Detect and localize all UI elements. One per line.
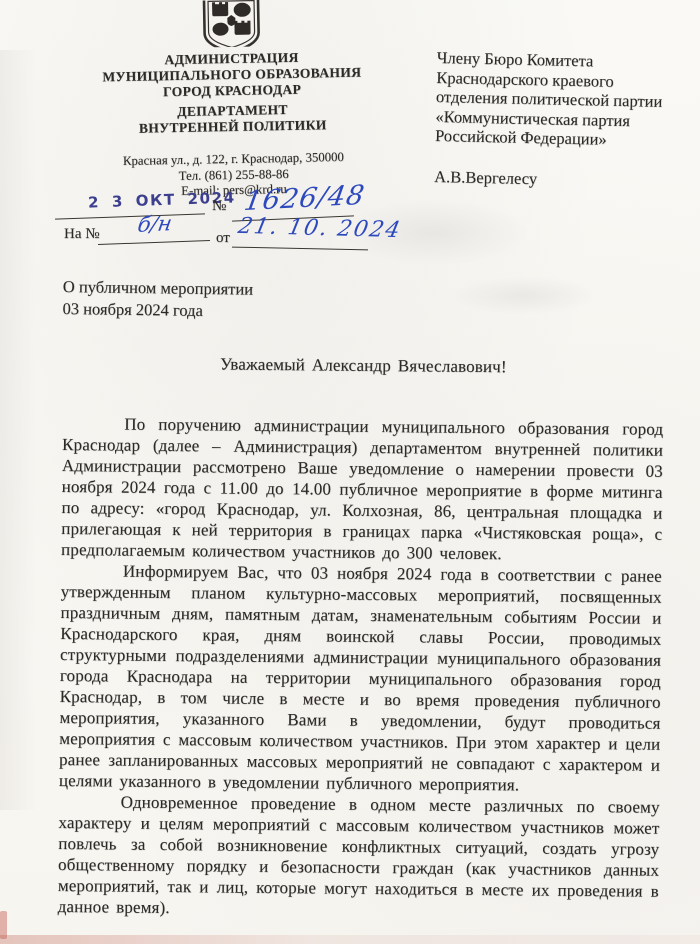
scan-corner-mark <box>0 911 7 939</box>
reply-underline <box>98 240 210 245</box>
subject-line: О публичном мероприятии <box>63 276 254 300</box>
department-name: ДЕПАРТАМЕНТ ВНУТРЕННЕЙ ПОЛИТИКИ <box>40 99 426 138</box>
outgoing-number-handwritten: 1626/48 <box>242 180 367 217</box>
subject-line: 03 ноября 2024 года <box>62 297 253 321</box>
scan-smudge <box>420 268 630 323</box>
recipient-block: Члену Бюро Комитета Краснодарского краев… <box>434 48 700 192</box>
letter-body: Уважаемый Александр Вячеславович! По пор… <box>58 352 664 923</box>
scan-edge-shadow <box>0 50 36 810</box>
reference-block: 2 3 ОКТ 2024 № 1626/48 На № б/н от 21. 1… <box>0 186 440 258</box>
scan-bottom-edge <box>0 935 700 944</box>
reply-date-handwritten: 21. 10. 2024 <box>236 214 404 243</box>
stamp-underline <box>55 213 205 219</box>
reply-to-label: На № <box>64 226 100 243</box>
reply-number-handwritten: б/н <box>136 211 174 237</box>
body-paragraph: По поручению администрации муниципальног… <box>61 413 663 566</box>
date-underline <box>232 247 368 251</box>
body-paragraph: Информируем Вас, что 03 ноября 2024 года… <box>59 560 662 797</box>
reply-date-label: от <box>216 230 230 247</box>
coat-of-arms-icon <box>38 0 424 51</box>
subject-block: О публичном мероприятии 03 ноября 2024 г… <box>62 276 253 322</box>
outgoing-number-label: № <box>212 198 226 215</box>
organization-name: АДМИНИСТРАЦИЯ МУНИЦИПАЛЬНОГО ОБРАЗОВАНИЯ… <box>39 47 425 102</box>
body-paragraph: Одновременное проведение в одном месте р… <box>58 791 660 923</box>
scanned-letter-page: АДМИНИСТРАЦИЯ МУНИЦИПАЛЬНОГО ОБРАЗОВАНИЯ… <box>0 0 700 944</box>
letterhead: АДМИНИСТРАЦИЯ МУНИЦИПАЛЬНОГО ОБРАЗОВАНИЯ… <box>38 0 427 202</box>
recipient-name: А.В.Вергелесу <box>434 166 700 191</box>
salutation: Уважаемый Александр Вячеславович! <box>63 352 664 379</box>
